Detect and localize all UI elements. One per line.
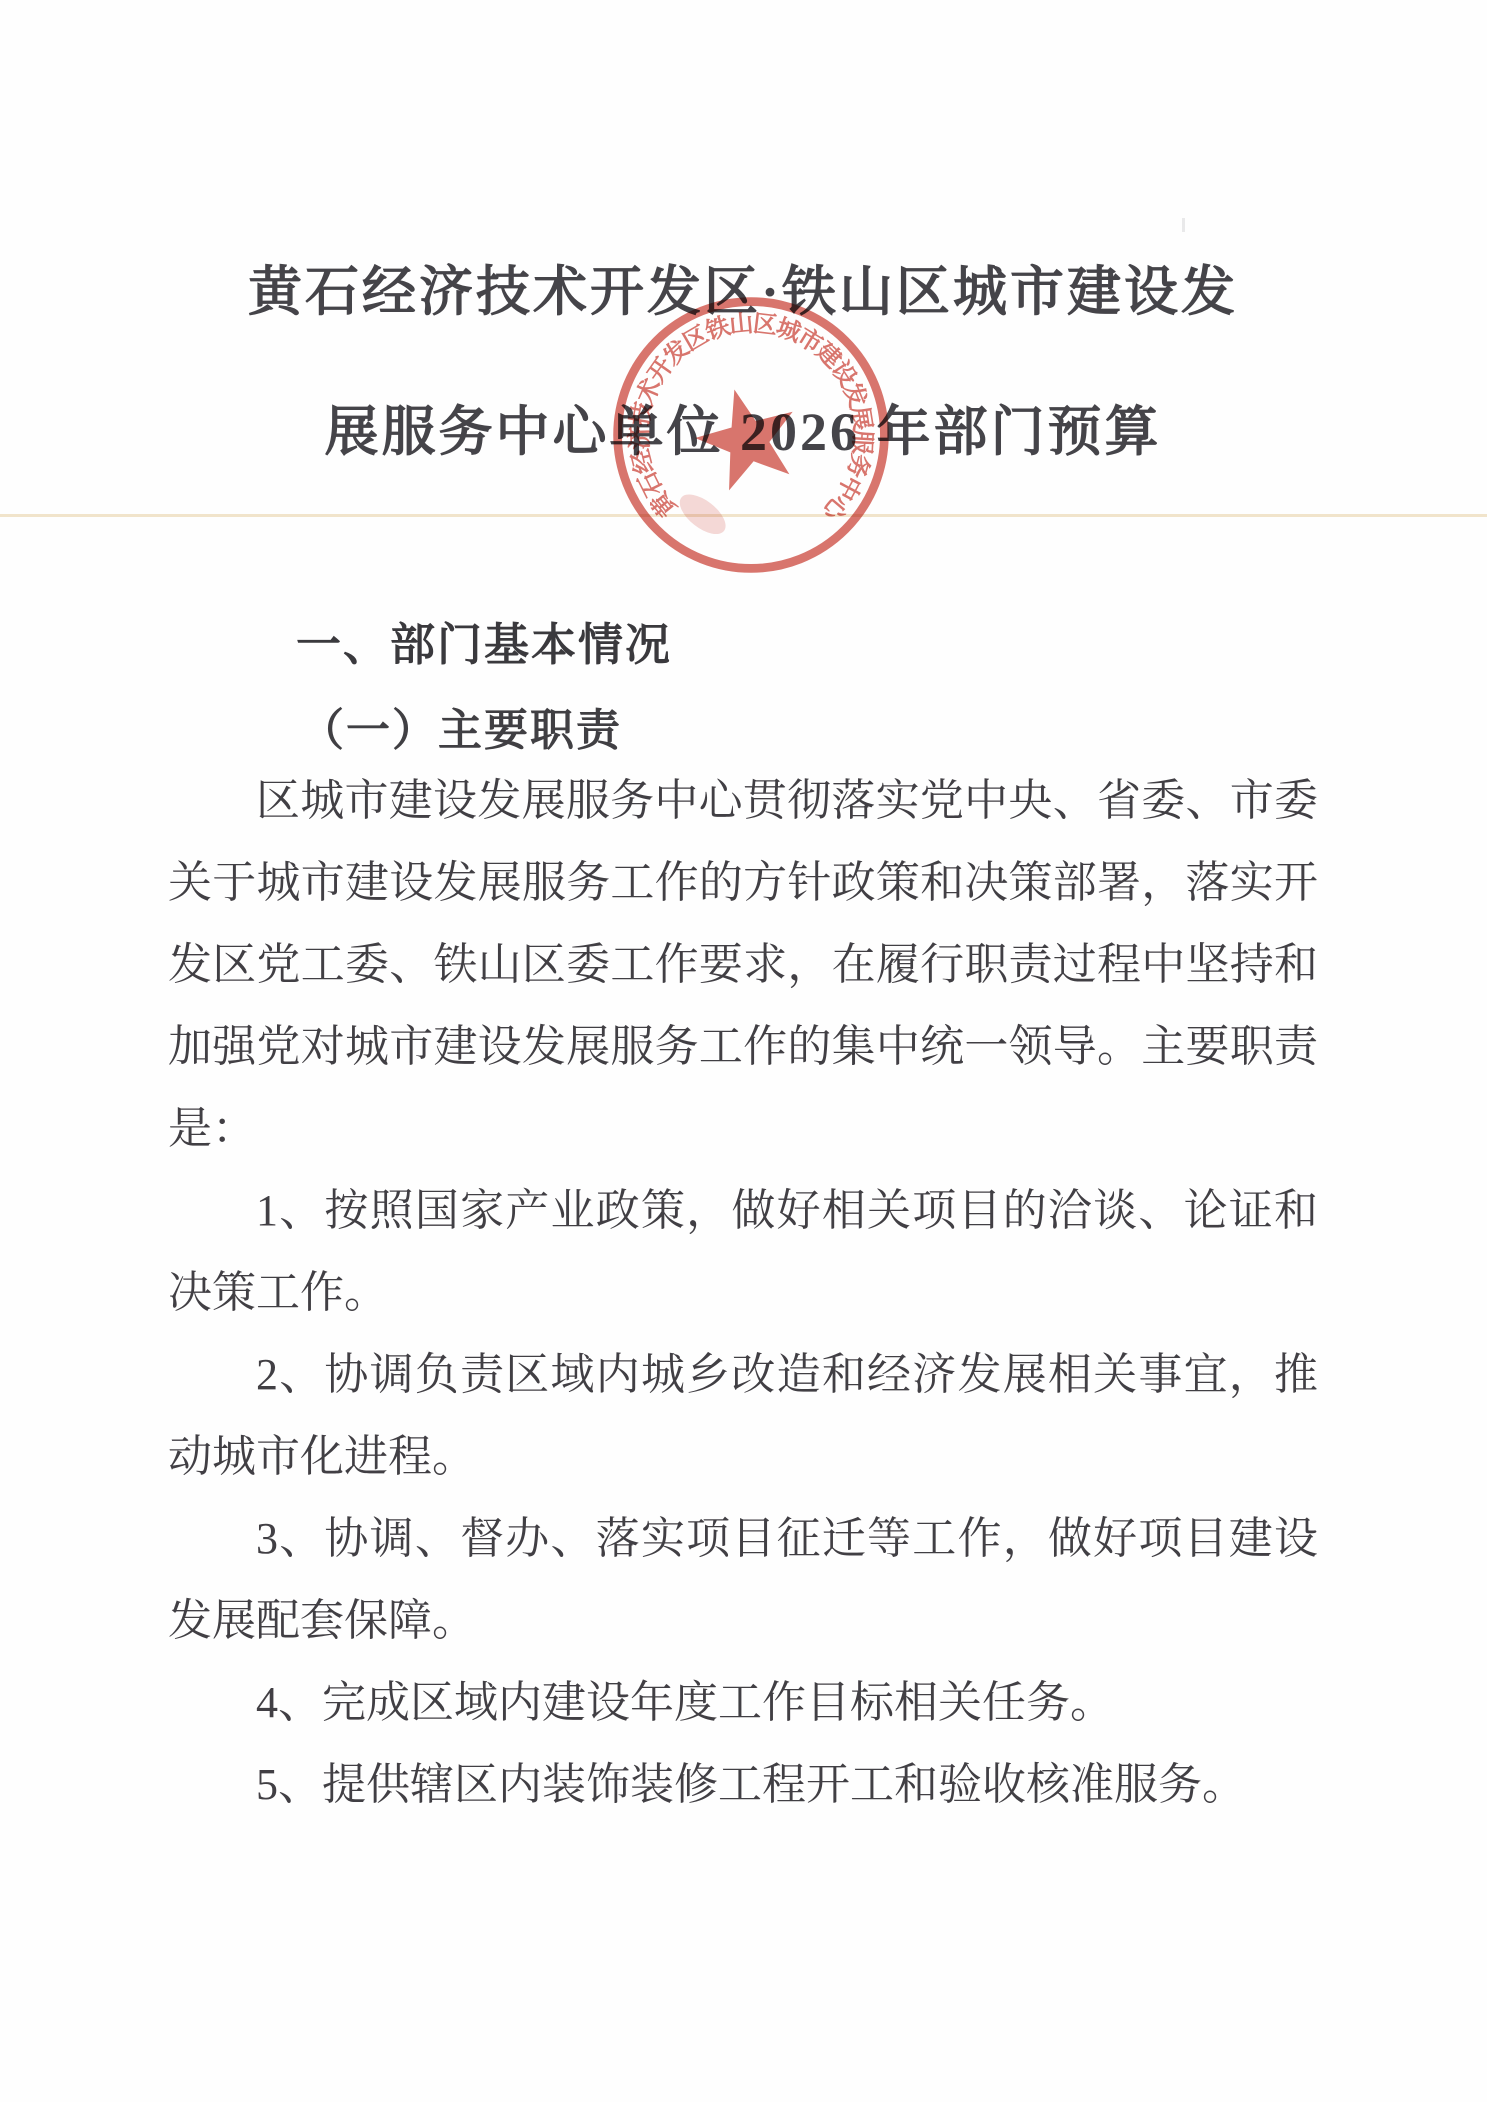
seal-star-icon <box>695 389 793 490</box>
paragraph-duty-1: 1、按照国家产业政策，做好相关项目的洽谈、论证和决策工作。 <box>168 1170 1318 1334</box>
document-body: 区城市建设发展服务中心贯彻落实党中央、省委、市委关于城市建设发展服务工作的方针政… <box>168 760 1318 1826</box>
paragraph-duty-3: 3、协调、督办、落实项目征迁等工作，做好项目建设发展配套保障。 <box>168 1498 1318 1662</box>
paragraph-duty-2: 2、协调负责区域内城乡改造和经济发展相关事宜，推动城市化进程。 <box>168 1334 1318 1498</box>
section-heading: 一、部门基本情况 <box>296 608 672 673</box>
paragraph-duty-4: 4、完成区域内建设年度工作目标相关任务。 <box>168 1662 1318 1744</box>
official-seal-stamp: 黄石经济技术开发区铁山区城市建设发展服务中心 <box>606 290 896 580</box>
seal-graphic: 黄石经济技术开发区铁山区城市建设发展服务中心 <box>606 290 896 580</box>
paragraph-main-duties-intro: 区城市建设发展服务中心贯彻落实党中央、省委、市委关于城市建设发展服务工作的方针政… <box>168 760 1318 1170</box>
subsection-heading: （一）主要职责 <box>300 694 622 758</box>
scanned-document-page: 黄石经济技术开发区·铁山区城市建设发 展服务中心单位 2026 年部门预算 黄石… <box>0 0 1487 2102</box>
paragraph-duty-5: 5、提供辖区内装饰装修工程开工和验收核准服务。 <box>168 1744 1318 1826</box>
seal-ink-smudge <box>673 487 732 542</box>
